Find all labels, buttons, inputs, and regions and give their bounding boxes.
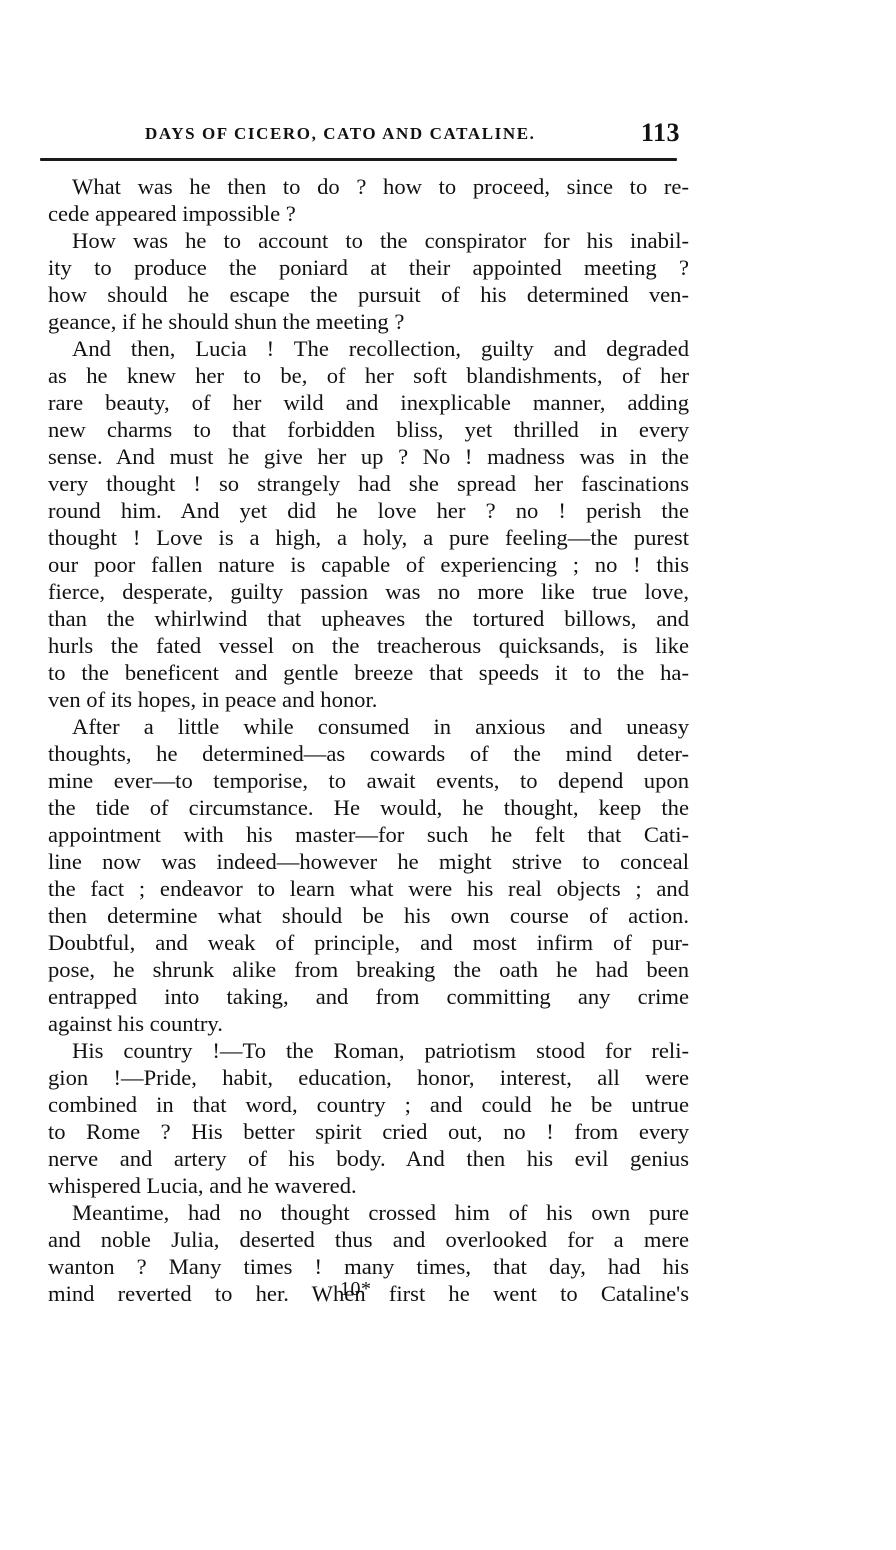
text-line: as he knew her to be, of her soft blandi… — [48, 362, 689, 389]
text-line: entrapped into taking, and from committi… — [48, 983, 689, 1010]
signature-mark: 10* — [340, 1278, 372, 1301]
text-line: After a little while consumed in anxious… — [48, 713, 689, 740]
text-line: then determine what should be his own co… — [48, 902, 689, 929]
paragraph: After a little while consumed in anxious… — [48, 713, 689, 1037]
text-line: nerve and artery of his body. And then h… — [48, 1145, 689, 1172]
page-number: 113 — [641, 118, 680, 148]
text-line: combined in that word, country ; and cou… — [48, 1091, 689, 1118]
text-line: sense. And must he give her up ? No ! ma… — [48, 443, 689, 470]
text-line: geance, if he should shun the meeting ? — [48, 308, 689, 335]
text-line: gion !—Pride, habit, education, honor, i… — [48, 1064, 689, 1091]
text-line: How was he to account to the conspirator… — [48, 227, 689, 254]
book-page: Days of Cicero, Cato and Cataline. 113 W… — [0, 0, 896, 1550]
text-line: new charms to that forbidden bliss, yet … — [48, 416, 689, 443]
running-head: Days of Cicero, Cato and Cataline. 113 — [40, 118, 680, 148]
paragraph: How was he to account to the conspirator… — [48, 227, 689, 335]
text-line: cede appeared impossible ? — [48, 200, 689, 227]
text-line: to the beneficent and gentle breeze that… — [48, 659, 689, 686]
paragraph: His country !—To the Roman, patriotism s… — [48, 1037, 689, 1199]
text-line: the fact ; endeavor to learn what were h… — [48, 875, 689, 902]
text-line: ity to produce the poniard at their appo… — [48, 254, 689, 281]
text-line: rare beauty, of her wild and inexplicabl… — [48, 389, 689, 416]
text-line: how should he escape the pursuit of his … — [48, 281, 689, 308]
text-line: thoughts, he determined—as cowards of th… — [48, 740, 689, 767]
text-line: than the whirlwind that upheaves the tor… — [48, 605, 689, 632]
text-line: What was he then to do ? how to proceed,… — [48, 173, 689, 200]
text-line: hurls the fated vessel on the treacherou… — [48, 632, 689, 659]
text-line: to Rome ? His better spirit cried out, n… — [48, 1118, 689, 1145]
text-line: His country !—To the Roman, patriotism s… — [48, 1037, 689, 1064]
text-line: fierce, desperate, guilty passion was no… — [48, 578, 689, 605]
text-line: ven of its hopes, in peace and honor. — [48, 686, 689, 713]
text-line: Doubtful, and weak of principle, and mos… — [48, 929, 689, 956]
text-line: pose, he shrunk alike from breaking the … — [48, 956, 689, 983]
text-line: whispered Lucia, and he wavered. — [48, 1172, 689, 1199]
text-line: round him. And yet did he love her ? no … — [48, 497, 689, 524]
paragraph: What was he then to do ? how to proceed,… — [48, 173, 689, 227]
text-line: thought ! Love is a high, a holy, a pure… — [48, 524, 689, 551]
text-line: mine ever—to temporise, to await events,… — [48, 767, 689, 794]
text-line: the tide of circumstance. He would, he t… — [48, 794, 689, 821]
text-line: against his country. — [48, 1010, 689, 1037]
text-line: and noble Julia, deserted thus and overl… — [48, 1226, 689, 1253]
header-rule-divider — [40, 158, 677, 161]
running-title: Days of Cicero, Cato and Cataline. — [145, 124, 536, 144]
text-line: our poor fallen nature is capable of exp… — [48, 551, 689, 578]
text-line: very thought ! so strangely had she spre… — [48, 470, 689, 497]
text-line: appointment with his master—for such he … — [48, 821, 689, 848]
paragraph: And then, Lucia ! The recollection, guil… — [48, 335, 689, 713]
text-line: Meantime, had no thought crossed him of … — [48, 1199, 689, 1226]
body-text: What was he then to do ? how to proceed,… — [48, 173, 689, 1307]
text-line: line now was indeed—however he might str… — [48, 848, 689, 875]
text-line: wanton ? Many times ! many times, that d… — [48, 1253, 689, 1280]
text-line: And then, Lucia ! The recollection, guil… — [48, 335, 689, 362]
